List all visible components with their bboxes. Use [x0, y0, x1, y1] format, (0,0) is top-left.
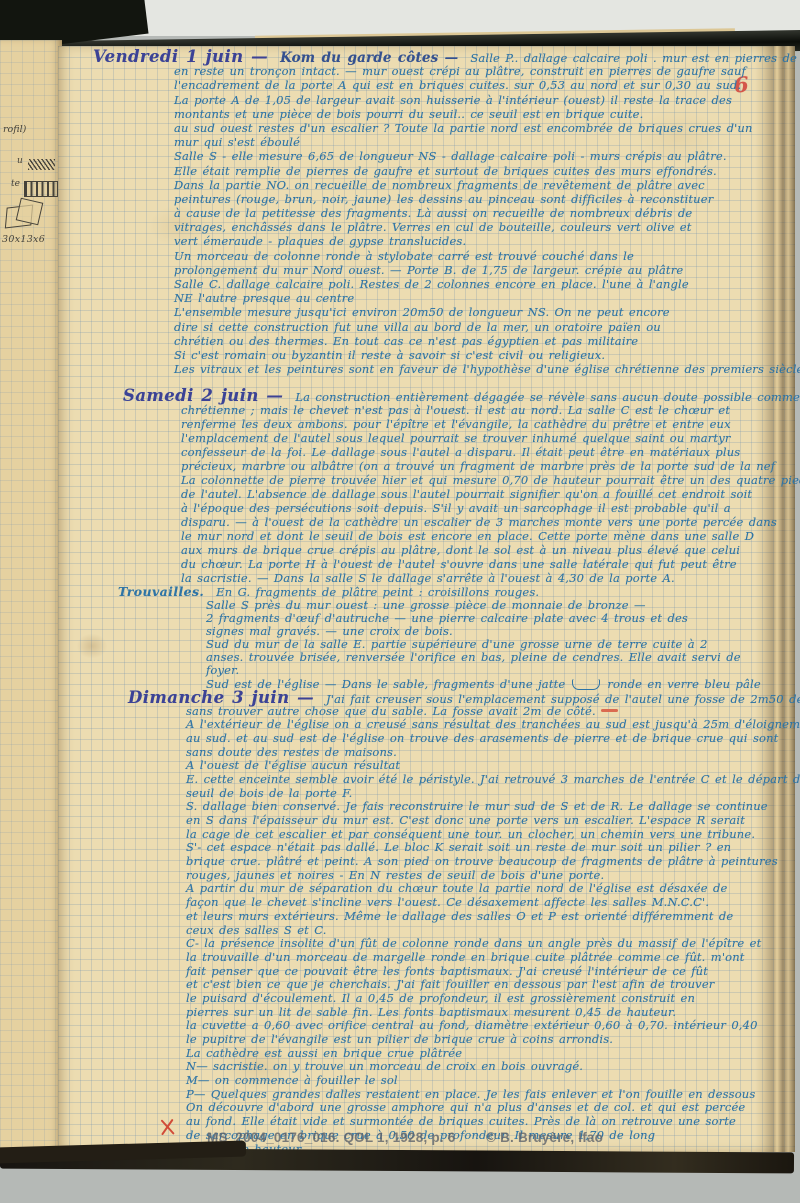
manuscript-line: La porte A de 1,05 de largeur avait son … [174, 93, 778, 107]
manuscript-line-text: rouges, jaunes et noires - En N restes d… [186, 868, 604, 882]
manuscript-line: l'encadrement de la porte A qui est en b… [174, 78, 778, 92]
manuscript-line: mur qui s'est éboulé [174, 135, 778, 149]
manuscript-line-text: vitrages, enchâssés dans le plâtre. Verr… [174, 220, 691, 234]
manuscript-line: M— on commence à fouiller le sol [186, 1074, 778, 1088]
manuscript-line-text: la sacristie. — Dans la salle S le dalla… [181, 571, 675, 585]
manuscript-line: façon que le chevet s'incline vers l'oue… [186, 896, 778, 910]
section-date-heading: Trouvailles. [118, 584, 204, 599]
manuscript-line: brique crue. plâtré et peint. A son pied… [186, 855, 778, 869]
manuscript-line-text: Dans la partie NO. on recueille de nombr… [174, 178, 705, 192]
manuscript-line-text: La cathèdre est aussi en brique crue plâ… [186, 1046, 462, 1060]
journal-section: Trouvailles.En G. fragments de plâtre pe… [86, 585, 778, 691]
manuscript-line: dire si cette construction fut une villa… [174, 320, 778, 334]
manuscript-line: A l'extérieur de l'église on a creusé sa… [186, 718, 778, 732]
manuscript-line: de l'autel. L'absence de dallage sous l'… [181, 487, 778, 501]
manuscript-line-text: C- la présence insolite d'un fût de colo… [186, 936, 761, 950]
manuscript-line-text: L'ensemble mesure jusqu'ici environ 20m5… [174, 305, 670, 319]
manuscript-line: pierres sur un lit de sable fin. Les fon… [186, 1006, 778, 1020]
manuscript-line-text: la cage de cet escalier et par conséquen… [186, 827, 755, 841]
manuscript-line: E. cette enceinte semble avoir été le pé… [186, 773, 778, 787]
manuscript-line: l'emplacement de l'autel sous lequel pou… [181, 431, 778, 445]
manuscript-line: P— Quelques grandes dalles restaient en … [186, 1088, 778, 1102]
manuscript-line: aux murs de brique crue crépis au plâtre… [181, 543, 778, 557]
manuscript-line: ceux des salles S et C. [186, 924, 778, 938]
jatte-icon [572, 679, 600, 690]
manuscript-line-text: Les vitraux et les peintures sont en fav… [174, 362, 800, 376]
manuscript-line: L'ensemble mesure jusqu'ici environ 20m5… [174, 305, 778, 319]
manuscript-line: chrétienne ; mais le chevet n'est pas à … [181, 403, 778, 417]
manuscript-line: Dimanche 3 juin —J'ai fait creuser sous … [186, 691, 778, 705]
manuscript-line: Samedi 2 juin —La construction entièreme… [181, 389, 778, 403]
manuscript-line-text: pierres sur un lit de sable fin. Les fon… [186, 1005, 676, 1019]
manuscript-line-text: peintures (rouge, brun, noir, jaune) les… [174, 192, 713, 206]
manuscript-line-text: au sud. et au sud est de l'église on tro… [186, 731, 778, 745]
manuscript-line: NE l'autre presque au centre [174, 291, 778, 305]
manuscript-line-text: On découvre d'abord une grosse amphore q… [186, 1100, 745, 1114]
manuscript-line-text: l'emplacement de l'autel sous lequel pou… [181, 431, 731, 445]
manuscript-line: Vendredi 1 juin —Kom du garde côtes —Sal… [174, 50, 778, 64]
manuscript-line: Les vitraux et les peintures sont en fav… [174, 362, 778, 376]
manuscript-line-text: précieux, marbre ou albâtre (on a trouvé… [181, 459, 775, 473]
manuscript-line-text: E. cette enceinte semble avoir été le pé… [186, 772, 800, 786]
manuscript-line-text: au fond. Elle était vide et surmontée de… [186, 1114, 736, 1128]
manuscript-line: S'- cet espace n'était pas dallé. Le blo… [186, 841, 778, 855]
manuscript-line-text: NE l'autre presque au centre [174, 291, 354, 305]
manuscript-line: vitrages, enchâssés dans le plâtre. Verr… [174, 220, 778, 234]
manuscript-line-text: S. dallage bien conservé. Je fais recons… [186, 799, 768, 813]
manuscript-line-text: sans trouver autre chose que du sable. L… [186, 704, 596, 718]
manuscript-line: le puisard d'écoulement. Il a 0,45 de pr… [186, 992, 778, 1006]
manuscript-line: S. dallage bien conservé. Je fais recons… [186, 800, 778, 814]
manuscript-line: précieux, marbre ou albâtre (on a trouvé… [181, 459, 778, 473]
manuscript-line-text: brique crue. plâtré et peint. A son pied… [186, 854, 778, 868]
manuscript-line: au fond. Elle était vide et surmontée de… [186, 1115, 778, 1129]
manuscript-line: sans doute des restes de maisons. [186, 746, 778, 760]
journal-text: Vendredi 1 juin —Kom du garde côtes —Sal… [86, 50, 778, 1156]
manuscript-line: prolongement du mur Nord ouest. — Porte … [174, 263, 778, 277]
manuscript-line: Si c'est romain ou byzantin il reste à s… [174, 348, 778, 362]
manuscript-line-text: Salle S - elle mesure 6,65 de longueur N… [174, 149, 727, 163]
manuscript-line: Salle S - elle mesure 6,65 de longueur N… [174, 149, 778, 163]
margin-note-profile: rofil) [3, 124, 26, 135]
manuscript-line-text: au sud ouest restes d'un escalier ? Tout… [174, 121, 753, 135]
manuscript-line-text: foyer. [206, 663, 239, 677]
manuscript-line-text: S'- cet espace n'était pas dallé. Le blo… [186, 840, 731, 854]
manuscript-line: la cuvette a 0,60 avec orifice central a… [186, 1019, 778, 1033]
previous-page-edge: rofil) u te 30x13x6 [0, 40, 62, 1150]
manuscript-line-text: La construction entièrement dégagée se r… [295, 390, 800, 404]
margin-note-fragment: te [11, 179, 20, 189]
manuscript-line-text: la cuvette a 0,60 avec orifice central a… [186, 1018, 758, 1032]
manuscript-line-text: le mur nord et dont le seuil de bois est… [181, 529, 754, 543]
manuscript-line: la cage de cet escalier et par conséquen… [186, 828, 778, 842]
manuscript-line-text: renferme les deux ambons. pour l'épître … [181, 417, 731, 431]
stone-outline-sketch [5, 198, 49, 234]
manuscript-line: rouges, jaunes et noires - En N restes d… [186, 869, 778, 883]
manuscript-line-text: 2 fragments d'œuf d'autruche — une pierr… [206, 611, 688, 625]
manuscript-line-text: la trouvaille d'un morceau de margelle r… [186, 950, 745, 964]
manuscript-line-text: chrétienne ; mais le chevet n'est pas à … [181, 403, 730, 417]
manuscript-line-text: sans doute des restes de maisons. [186, 745, 397, 759]
manuscript-line-text: en reste un tronçon intact. — mur ouest … [174, 64, 746, 78]
manuscript-line-text: La colonnette de pierre trouvée hier et … [181, 473, 800, 487]
manuscript-line-text: ceux des salles S et C. [186, 923, 327, 937]
manuscript-line-text: à cause de la petitesse des fragments. L… [174, 206, 692, 220]
manuscript-line: Salle C. dallage calcaire poli. Restes d… [174, 277, 778, 291]
manuscript-line: anses. trouvée brisée, renversée l'orifi… [206, 651, 778, 664]
journal-section: Vendredi 1 juin —Kom du garde côtes —Sal… [86, 50, 778, 376]
manuscript-line-text: disparu. — à l'ouest de la cathèdre un e… [181, 515, 777, 529]
manuscript-line-text: montants et une pièce de bois pourri du … [174, 107, 643, 121]
manuscript-line-text: M— on commence à fouiller le sol [186, 1073, 398, 1087]
manuscript-line: au sud ouest restes d'un escalier ? Tout… [174, 121, 778, 135]
manuscript-line-text: l'encadrement de la porte A qui est en b… [174, 78, 741, 92]
journal-section: Samedi 2 juin —La construction entièreme… [86, 389, 778, 585]
manuscript-line: Un morceau de colonne ronde à stylobate … [174, 249, 778, 263]
scan-background: rofil) u te 30x13x6 6 Vendredi 1 juin —K… [0, 0, 800, 1203]
manuscript-line-text: prolongement du mur Nord ouest. — Porte … [174, 263, 683, 277]
manuscript-line: On découvre d'abord une grosse amphore q… [186, 1101, 778, 1115]
manuscript-line-text: à l'époque des persécutions soit depuis.… [181, 501, 731, 515]
manuscript-line-text: seuil de bois de la porte F. [186, 786, 352, 800]
manuscript-line: A partir du mur de séparation du chœur t… [186, 882, 778, 896]
manuscript-line: N— sacristie. on y trouve un morceau de … [186, 1060, 778, 1074]
margin-note-dimensions: 30x13x6 [2, 234, 45, 245]
manuscript-line: la trouvaille d'un morceau de margelle r… [186, 951, 778, 965]
manuscript-line: A l'ouest de l'église aucun résultat [186, 759, 778, 773]
manuscript-line-text: Sud du mur de la salle E. partie supérie… [206, 637, 708, 651]
manuscript-line-text: signes mal gravés. — une croix de bois. [206, 624, 453, 638]
manuscript-line: confesseur de la foi. Le dallage sous l'… [181, 445, 778, 459]
manuscript-line: fait penser que ce pouvait être les font… [186, 965, 778, 979]
manuscript-line-text: mur qui s'est éboulé [174, 135, 300, 149]
manuscript-line: La cathèdre est aussi en brique crue plâ… [186, 1047, 778, 1061]
manuscript-line-text: aux murs de brique crue crépis au plâtre… [181, 543, 740, 557]
manuscript-line: vert émeraude - plaques de gypse translu… [174, 234, 778, 248]
manuscript-line-text: en S dans l'épaisseur du mur est. C'est … [186, 813, 745, 827]
manuscript-line-text: ronde en verre bleu pâle [607, 677, 761, 691]
manuscript-line-text: de l'autel. L'absence de dallage sous l'… [181, 487, 752, 501]
manuscript-line: renferme les deux ambons. pour l'épître … [181, 417, 778, 431]
manuscript-line: la sacristie. — Dans la salle S le dalla… [181, 571, 778, 585]
manuscript-line-text: chrétien ou des thermes. En tout cas ce … [174, 334, 638, 348]
manuscript-line: chrétien ou des thermes. En tout cas ce … [174, 334, 778, 348]
margin-note-fragment: u [17, 156, 23, 166]
manuscript-line-text: fait penser que ce pouvait être les font… [186, 964, 708, 978]
manuscript-line-text: Elle était remplie de pierres de gaufre … [174, 164, 717, 178]
manuscript-line: et c'est bien ce que je cherchais. J'ai … [186, 978, 778, 992]
manuscript-line-text: Un morceau de colonne ronde à stylobate … [174, 249, 634, 263]
manuscript-line-text: A partir du mur de séparation du chœur t… [186, 881, 727, 895]
manuscript-line-text: Si c'est romain ou byzantin il reste à s… [174, 348, 605, 362]
manuscript-line-text: La porte A de 1,05 de largeur avait son … [174, 93, 732, 107]
manuscript-line: à l'époque des persécutions soit depuis.… [181, 501, 778, 515]
manuscript-line-text: confesseur de la foi. Le dallage sous l'… [181, 445, 740, 459]
manuscript-line-text: le puisard d'écoulement. Il a 0,45 de pr… [186, 991, 695, 1005]
manuscript-line-text: Salle C. dallage calcaire poli. Restes d… [174, 277, 689, 291]
manuscript-line: Elle était remplie de pierres de gaufre … [174, 164, 778, 178]
striped-stone-sketch [24, 181, 58, 197]
manuscript-line-text: A l'extérieur de l'église on a creusé sa… [186, 717, 800, 731]
manuscript-line-text: A l'ouest de l'église aucun résultat [186, 758, 400, 772]
manuscript-line: C- la présence insolite d'un fût de colo… [186, 937, 778, 951]
manuscript-line: montants et une pièce de bois pourri du … [174, 107, 778, 121]
manuscript-line-text: du chœur. La porte H à l'ouest de l'aute… [181, 557, 737, 571]
manuscript-line: sans trouver autre chose que du sable. L… [186, 705, 778, 719]
manuscript-line-text: Salle P.. dallage calcaire poli . mur es… [470, 51, 800, 65]
manuscript-line-text: N— sacristie. on y trouve un morceau de … [186, 1059, 583, 1073]
journal-section: Dimanche 3 juin —J'ai fait creuser sous … [86, 691, 778, 1156]
manuscript-line: au sud. et au sud est de l'église on tro… [186, 732, 778, 746]
watermark-credit: © B. Bruyère, Ifao [486, 1130, 603, 1145]
manuscript-line-text: dire si cette construction fut une villa… [174, 320, 661, 334]
manuscript-line-text: Salle S près du mur ouest : une grosse p… [206, 598, 646, 612]
manuscript-line-text: anses. trouvée brisée, renversée l'orifi… [206, 650, 741, 664]
hatched-stone-sketch [28, 159, 55, 170]
manuscript-line: du chœur. La porte H à l'ouest de l'aute… [181, 557, 778, 571]
manuscript-line-text: et leurs murs extérieurs. Même le dallag… [186, 909, 733, 923]
manuscript-line: le pupitre de l'évangile est un pilier d… [186, 1033, 778, 1047]
manuscript-line-text: et c'est bien ce que je cherchais. J'ai … [186, 977, 714, 991]
manuscript-line: et leurs murs extérieurs. Même le dallag… [186, 910, 778, 924]
manuscript-line: disparu. — à l'ouest de la cathèdre un e… [181, 515, 778, 529]
manuscript-line: seuil de bois de la porte F. [186, 787, 778, 801]
manuscript-line: La colonnette de pierre trouvée hier et … [181, 473, 778, 487]
manuscript-line: à cause de la petitesse des fragments. L… [174, 206, 778, 220]
section-date-heading: Vendredi 1 juin — [93, 47, 268, 66]
manuscript-line-text: façon que le chevet s'incline vers l'oue… [186, 895, 709, 909]
manuscript-line: peintures (rouge, brun, noir, jaune) les… [174, 192, 778, 206]
manuscript-line-text: P— Quelques grandes dalles restaient en … [186, 1087, 755, 1101]
manuscript-line: en S dans l'épaisseur du mur est. C'est … [186, 814, 778, 828]
manuscript-line: le mur nord et dont le seuil de bois est… [181, 529, 778, 543]
manuscript-line-text: vert émeraude - plaques de gypse translu… [174, 234, 466, 248]
manuscript-line: Dans la partie NO. on recueille de nombr… [174, 178, 778, 192]
notebook-page: 6 Vendredi 1 juin —Kom du garde côtes —S… [58, 46, 795, 1152]
manuscript-line-text: le pupitre de l'évangile est un pilier d… [186, 1032, 613, 1046]
manuscript-line: en reste un tronçon intact. — mur ouest … [174, 64, 778, 78]
red-dash-icon [601, 709, 618, 712]
